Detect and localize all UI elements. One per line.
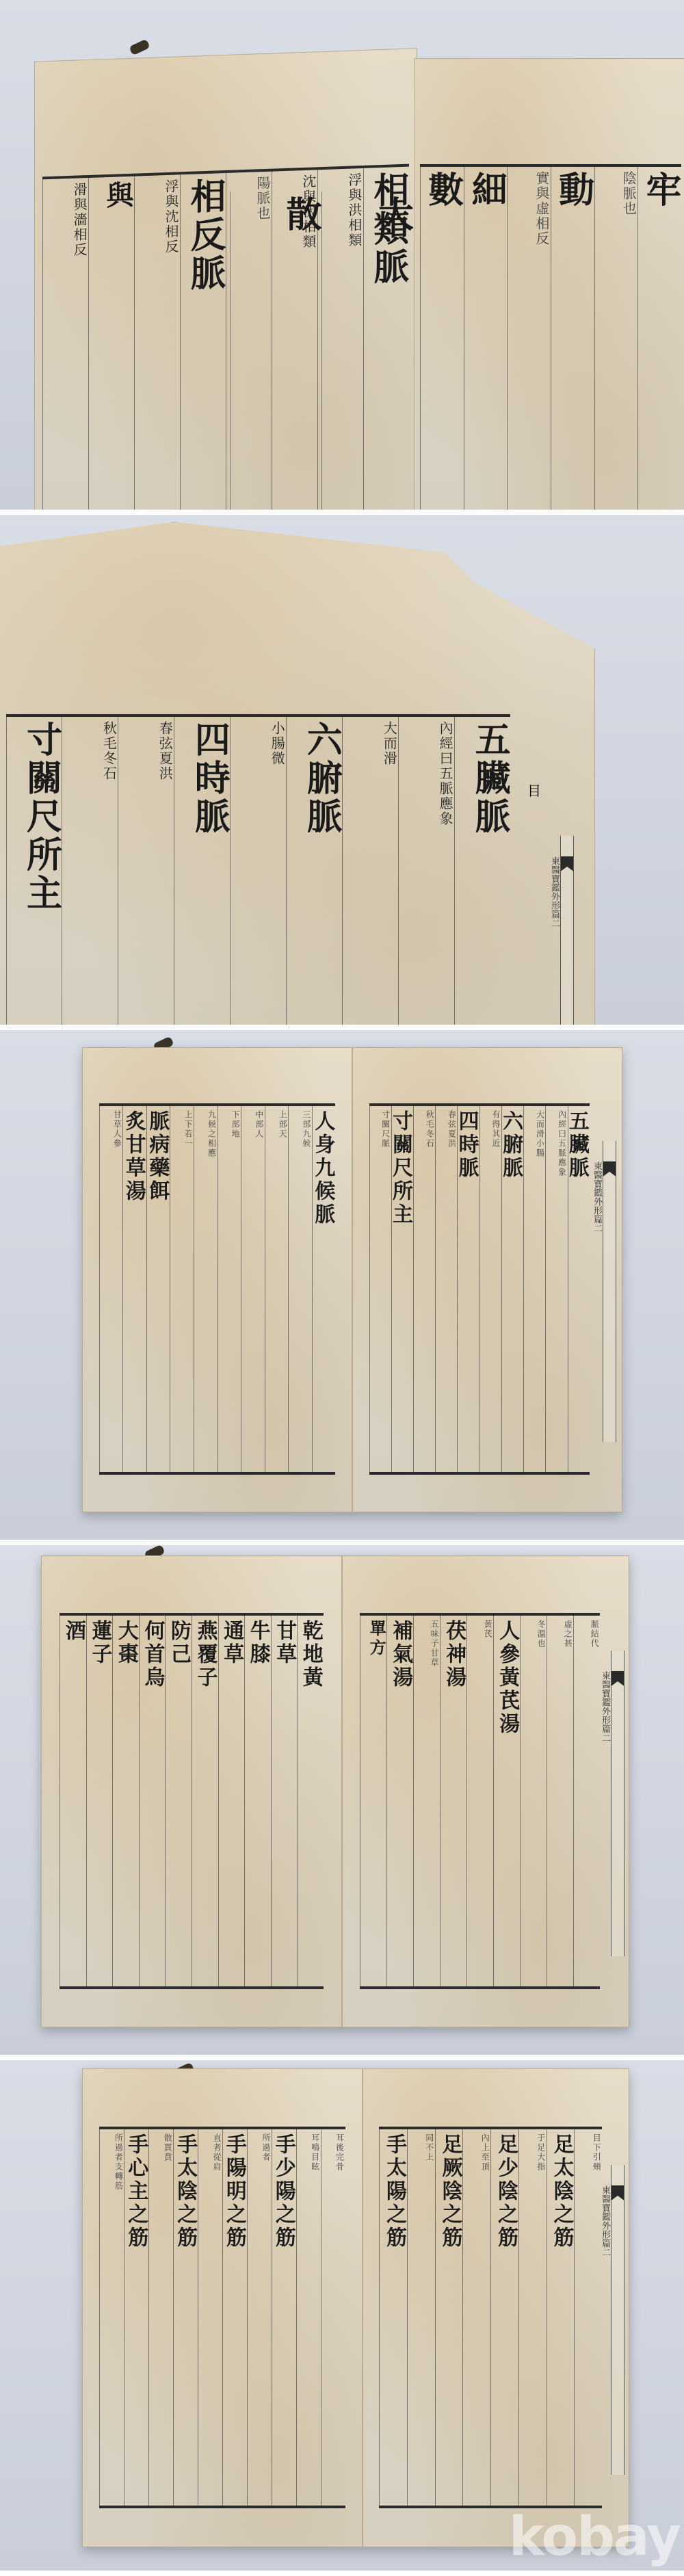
panel-divider [0, 510, 684, 515]
text-column: 脈結代 [573, 1616, 600, 1986]
right-page: 五臟脈 內經曰五脈應象 大而滑小腸 六腑脈 有得其近 四時脈 春弦夏洪 秋毛冬石… [352, 1047, 622, 1512]
text-column: 秋毛冬石 [62, 717, 118, 1025]
heading: 炙甘草湯 [122, 1106, 146, 1471]
heading: 足太陰之筋 [547, 2129, 575, 2506]
text-column: 于足大指 [518, 2129, 547, 2506]
heading: 大 [321, 192, 413, 510]
text-column: 上部天 [265, 1106, 289, 1471]
heading: 手太陽之筋 [379, 2129, 407, 2506]
text-column: 同不上 [407, 2129, 435, 2506]
heading: 乾地黃 [297, 1616, 324, 1986]
open-book: 五臟脈 內經曰五脈應象 大而滑小腸 六腑脈 有得其近 四時脈 春弦夏洪 秋毛冬石… [82, 1047, 622, 1512]
text-column: 實與虛相反 [507, 167, 551, 510]
text-column: 所過者支轉筋 [99, 2129, 124, 2506]
text-column: 中部人 [241, 1106, 265, 1471]
text-column: 耳後完骨 [321, 2129, 345, 2506]
heading: 人身九候脈 [312, 1106, 336, 1471]
text-column: 滑與濇相反 [42, 178, 88, 510]
heading: 六腑脈 [501, 1106, 523, 1471]
heading: 茯神湯 [440, 1616, 466, 1986]
heading: 五臟脈 [568, 1106, 590, 1471]
heading: 牛膝 [244, 1616, 271, 1986]
heading: 脈病藥餌 [146, 1106, 170, 1471]
fish-tail-mark-icon [561, 856, 573, 871]
text-column: 三部九候 [288, 1106, 312, 1471]
text-column: 所過者 [247, 2129, 272, 2506]
heading: 牢 [637, 167, 681, 510]
heading: 甘草 [271, 1616, 298, 1986]
page-corner: 五臟脈 內經曰五脈應象 大而滑 六腑脈 小腸微 四時脈 春弦夏洪 秋毛冬石 寸關… [0, 522, 595, 1025]
text-column: 甘草人參 [99, 1106, 123, 1471]
heading: 防己 [165, 1616, 192, 1986]
left-page: 耳後完骨 耳鳴目眩 手少陽之筋 所過者 手陽明之筋 直者從肩 手太陰之筋 散貫賁… [82, 2068, 363, 2547]
right-page: 牢 陰脈也 動 實與虛相反 細 數 [414, 58, 684, 510]
heading: 四時脈 [457, 1106, 479, 1471]
fish-tail-mark-icon [611, 1671, 624, 1686]
left-page: 乾地黃 甘草 牛膝 通草 燕覆子 防己 何首烏 大棗 蓮子 酒 [41, 1555, 342, 2027]
photo-panel-3: 五臟脈 內經曰五脈應象 大而滑小腸 六腑脈 有得其近 四時脈 春弦夏洪 秋毛冬石… [0, 1030, 684, 1540]
heading: 寸關尺所主 [391, 1106, 413, 1471]
heading: 散 [230, 192, 321, 510]
heading: 何首烏 [139, 1616, 166, 1986]
text-column: 大而滑 [342, 717, 398, 1025]
spine-label: 東醫寶鑑外形篇二 [611, 2165, 624, 2475]
spine-label: 東醫寶鑑外形篇二 [560, 836, 574, 1025]
heading: 足厥陰之筋 [435, 2129, 463, 2506]
text-column: 下部地 [218, 1106, 241, 1471]
text-column: 大而滑小腸 [523, 1106, 545, 1471]
text-column: 有得其近 [479, 1106, 501, 1471]
text-column: 冬溫也 [520, 1616, 547, 1986]
right-page: 脈結代 虛之甚 冬溫也 人參黃芪湯 黃芪 茯神湯 五味子甘草 補氣湯 單方 東醫… [342, 1555, 629, 2027]
text-column: 小腸微 [230, 717, 286, 1025]
text-column: 內經曰五脈應象 [545, 1106, 567, 1471]
text-column: 黃芪 [466, 1616, 493, 1986]
binding-string [129, 39, 150, 56]
middle-columns: 大 散 [226, 192, 417, 510]
photo-panel-1: 相類脈 浮與洪相類 沈與伏相類 陽脈也 相反脈 浮與沈相反 與 滑與濇相反 牢 … [0, 0, 684, 510]
panel-divider [0, 1540, 684, 1545]
left-page: 人身九候脈 三部九候 上部天 中部人 下部地 九候之相應 上下若一 脈病藥餌 炙… [82, 1047, 352, 1512]
right-page: 目下引頰 足太陰之筋 于足大指 足少陰之筋 內上至頂 足厥陰之筋 同不上 手太陽… [363, 2068, 629, 2547]
heading: 與 [88, 176, 134, 510]
heading: 燕覆子 [192, 1616, 218, 1986]
heading: 四時脈 [174, 717, 230, 1025]
heading: 手少陽之筋 [272, 2129, 296, 2506]
heading: 人參黃芪湯 [493, 1616, 520, 1986]
heading: 補氣湯 [386, 1616, 413, 1986]
heading: 細 [464, 167, 508, 510]
margin-label: 目 [527, 780, 541, 800]
text-column: 內經曰五脈應象 [398, 717, 454, 1025]
text-column: 五味子甘草 [413, 1616, 440, 1986]
text-column: 春弦夏洪 [435, 1106, 457, 1471]
heading: 通草 [218, 1616, 245, 1986]
heading: 數 [420, 167, 464, 510]
text-column: 陰脈也 [594, 167, 638, 510]
text-column: 直者從肩 [198, 2129, 222, 2506]
kobay-watermark: kobay [509, 2506, 680, 2568]
heading: 寸關尺所主 [6, 717, 62, 1025]
panel-divider [0, 1025, 684, 1030]
heading: 六腑脈 [286, 717, 342, 1025]
heading: 酒 [60, 1616, 86, 1986]
text-column: 九候之相應 [194, 1106, 218, 1471]
heading: 動 [551, 167, 594, 510]
spine-label: 東醫寶鑑外形篇二 [611, 1651, 624, 1956]
open-book: 目下引頰 足太陰之筋 于足大指 足少陰之筋 內上至頂 足厥陰之筋 同不上 手太陽… [82, 2068, 629, 2547]
text-column: 耳鳴目眩 [296, 2129, 321, 2506]
heading: 相反脈 [180, 173, 226, 510]
photo-collage: 相類脈 浮與洪相類 沈與伏相類 陽脈也 相反脈 浮與沈相反 與 滑與濇相反 牢 … [0, 0, 684, 2571]
text-column: 內上至頂 [462, 2129, 490, 2506]
fish-tail-mark-icon [603, 1161, 616, 1177]
heading: 蓮子 [86, 1616, 113, 1986]
text-column: 浮與沈相反 [134, 174, 180, 510]
heading: 大棗 [112, 1616, 139, 1986]
photo-panel-5: 目下引頰 足太陰之筋 于足大指 足少陰之筋 內上至頂 足厥陰之筋 同不上 手太陽… [0, 2060, 684, 2571]
text-column: 秋毛冬石 [413, 1106, 435, 1471]
open-book: 脈結代 虛之甚 冬溫也 人參黃芪湯 黃芪 茯神湯 五味子甘草 補氣湯 單方 東醫… [41, 1555, 629, 2027]
fish-tail-mark-icon [611, 2185, 624, 2200]
text-column: 散貫賁 [148, 2129, 173, 2506]
heading: 手心主之筋 [124, 2129, 148, 2506]
heading: 手太陰之筋 [173, 2129, 198, 2506]
photo-panel-4: 脈結代 虛之甚 冬溫也 人參黃芪湯 黃芪 茯神湯 五味子甘草 補氣湯 單方 東醫… [0, 1545, 684, 2055]
text-column: 虛之甚 [547, 1616, 573, 1986]
text-column: 寸關尺脈 [369, 1106, 391, 1471]
text-column: 上下若一 [170, 1106, 194, 1471]
heading: 五臟脈 [454, 717, 510, 1025]
text-column: 春弦夏洪 [118, 717, 174, 1025]
heading: 單方 [360, 1616, 386, 1986]
heading: 手陽明之筋 [222, 2129, 247, 2506]
spine-label: 東醫寶鑑外形篇二 [603, 1141, 616, 1443]
panel-divider [0, 2055, 684, 2060]
heading: 足少陰之筋 [490, 2129, 518, 2506]
photo-panel-2: 五臟脈 內經曰五脈應象 大而滑 六腑脈 小腸微 四時脈 春弦夏洪 秋毛冬石 寸關… [0, 515, 684, 1025]
